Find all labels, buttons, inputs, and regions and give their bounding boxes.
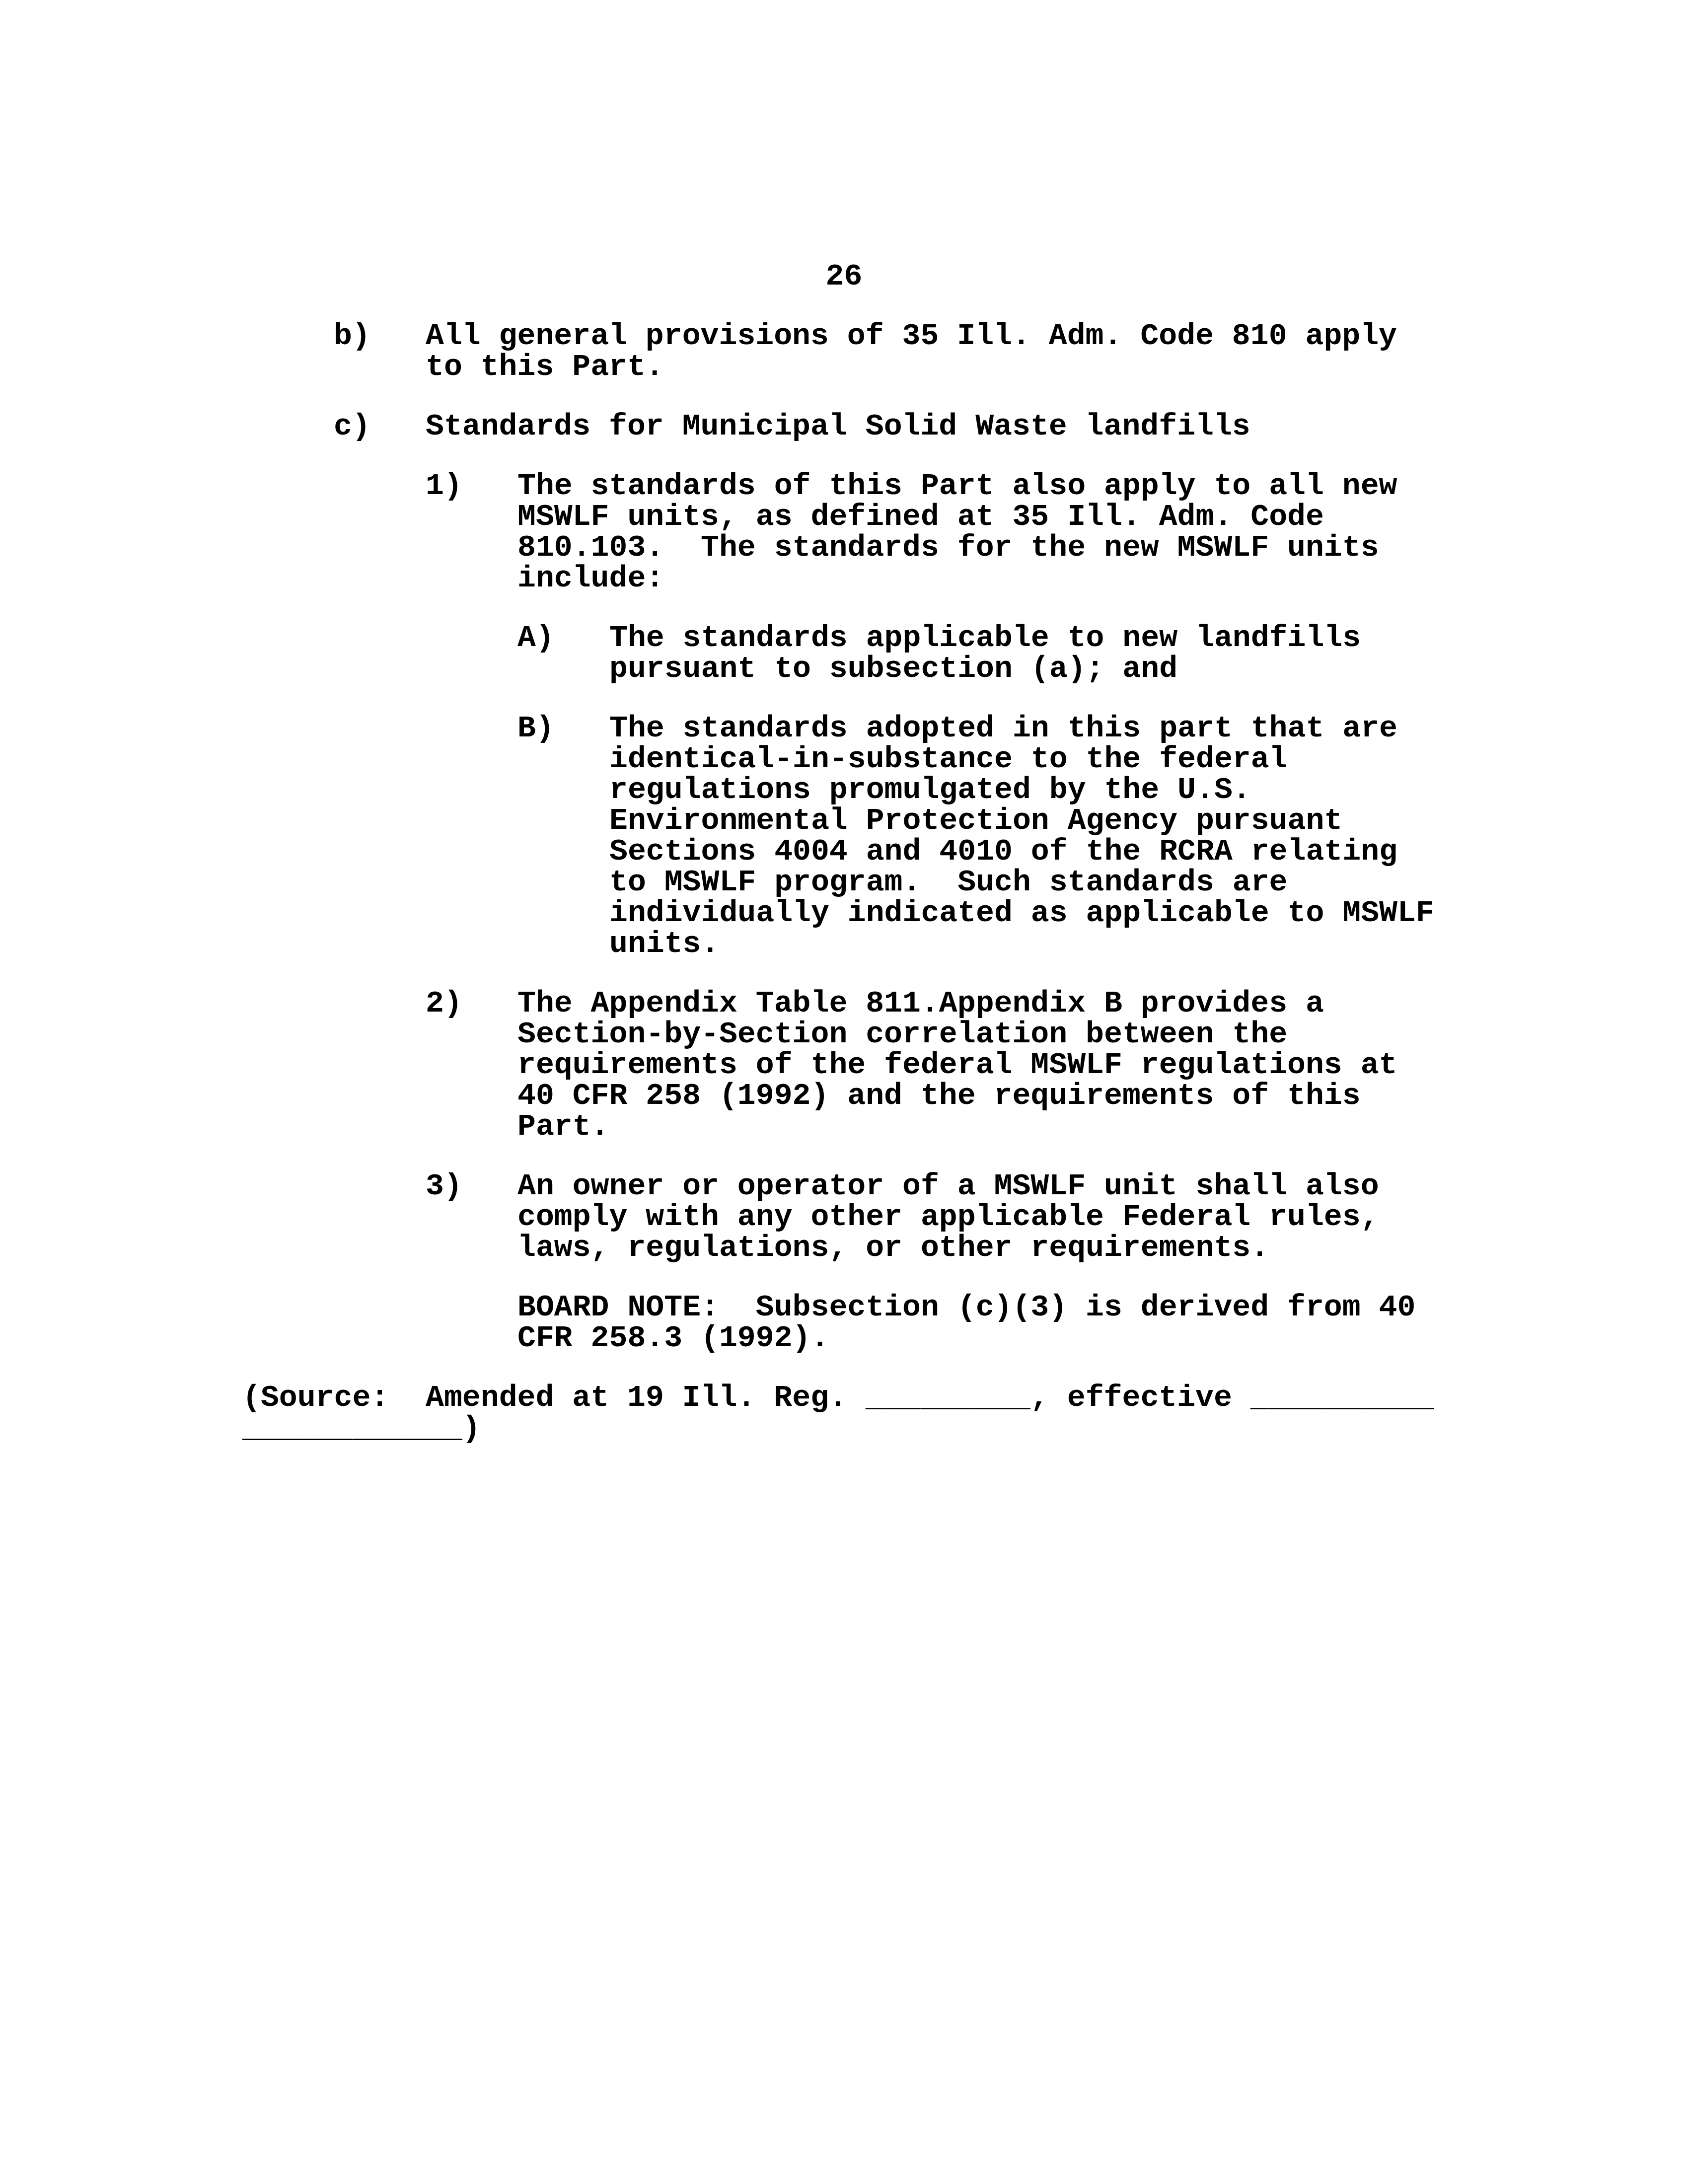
subsection-b: b) All general provisions of 35 Ill. Adm… <box>334 321 1688 383</box>
board-note-text: BOARD NOTE: Subsection (c)(3) is derived… <box>517 1293 1415 1354</box>
subparagraph-c1A-label: A) <box>517 623 609 685</box>
paragraph-c3-label: 3) <box>426 1171 517 1264</box>
paragraph-c1-text: The standards of this Part also apply to… <box>517 471 1397 594</box>
board-note: BOARD NOTE: Subsection (c)(3) is derived… <box>517 1293 1688 1354</box>
paragraph-c3-text: An owner or operator of a MSWLF unit sha… <box>517 1171 1379 1264</box>
subsection-b-label: b) <box>334 321 426 383</box>
subparagraph-c1A: A) The standards applicable to new landf… <box>517 623 1688 685</box>
paragraph-c1: 1) The standards of this Part also apply… <box>426 471 1688 594</box>
subparagraph-c1B-label: B) <box>517 714 609 960</box>
paragraph-c2: 2) The Appendix Table 811.Appendix B pro… <box>426 989 1688 1143</box>
subsection-c-label: c) <box>334 412 426 442</box>
paragraph-c2-text: The Appendix Table 811.Appendix B provid… <box>517 989 1397 1143</box>
source-note: (Source: Amended at 19 Ill. Reg. _______… <box>242 1383 1688 1445</box>
page-number: 26 <box>0 262 1688 292</box>
subparagraph-c1B: B) The standards adopted in this part th… <box>517 714 1688 960</box>
subsection-b-text: All general provisions of 35 Ill. Adm. C… <box>426 321 1397 383</box>
scanned-document-page: { "page": { "number": "26" }, "doc": { "… <box>0 0 1688 2184</box>
source-note-text: (Source: Amended at 19 Ill. Reg. _______… <box>242 1383 1434 1445</box>
subsection-c-text: Standards for Municipal Solid Waste land… <box>426 412 1250 442</box>
paragraph-c3: 3) An owner or operator of a MSWLF unit … <box>426 1171 1688 1264</box>
subparagraph-c1B-text: The standards adopted in this part that … <box>609 714 1434 960</box>
subsection-c: c) Standards for Municipal Solid Waste l… <box>334 412 1688 442</box>
paragraph-c2-label: 2) <box>426 989 517 1143</box>
paragraph-c1-label: 1) <box>426 471 517 594</box>
subparagraph-c1A-text: The standards applicable to new landfill… <box>609 623 1361 685</box>
